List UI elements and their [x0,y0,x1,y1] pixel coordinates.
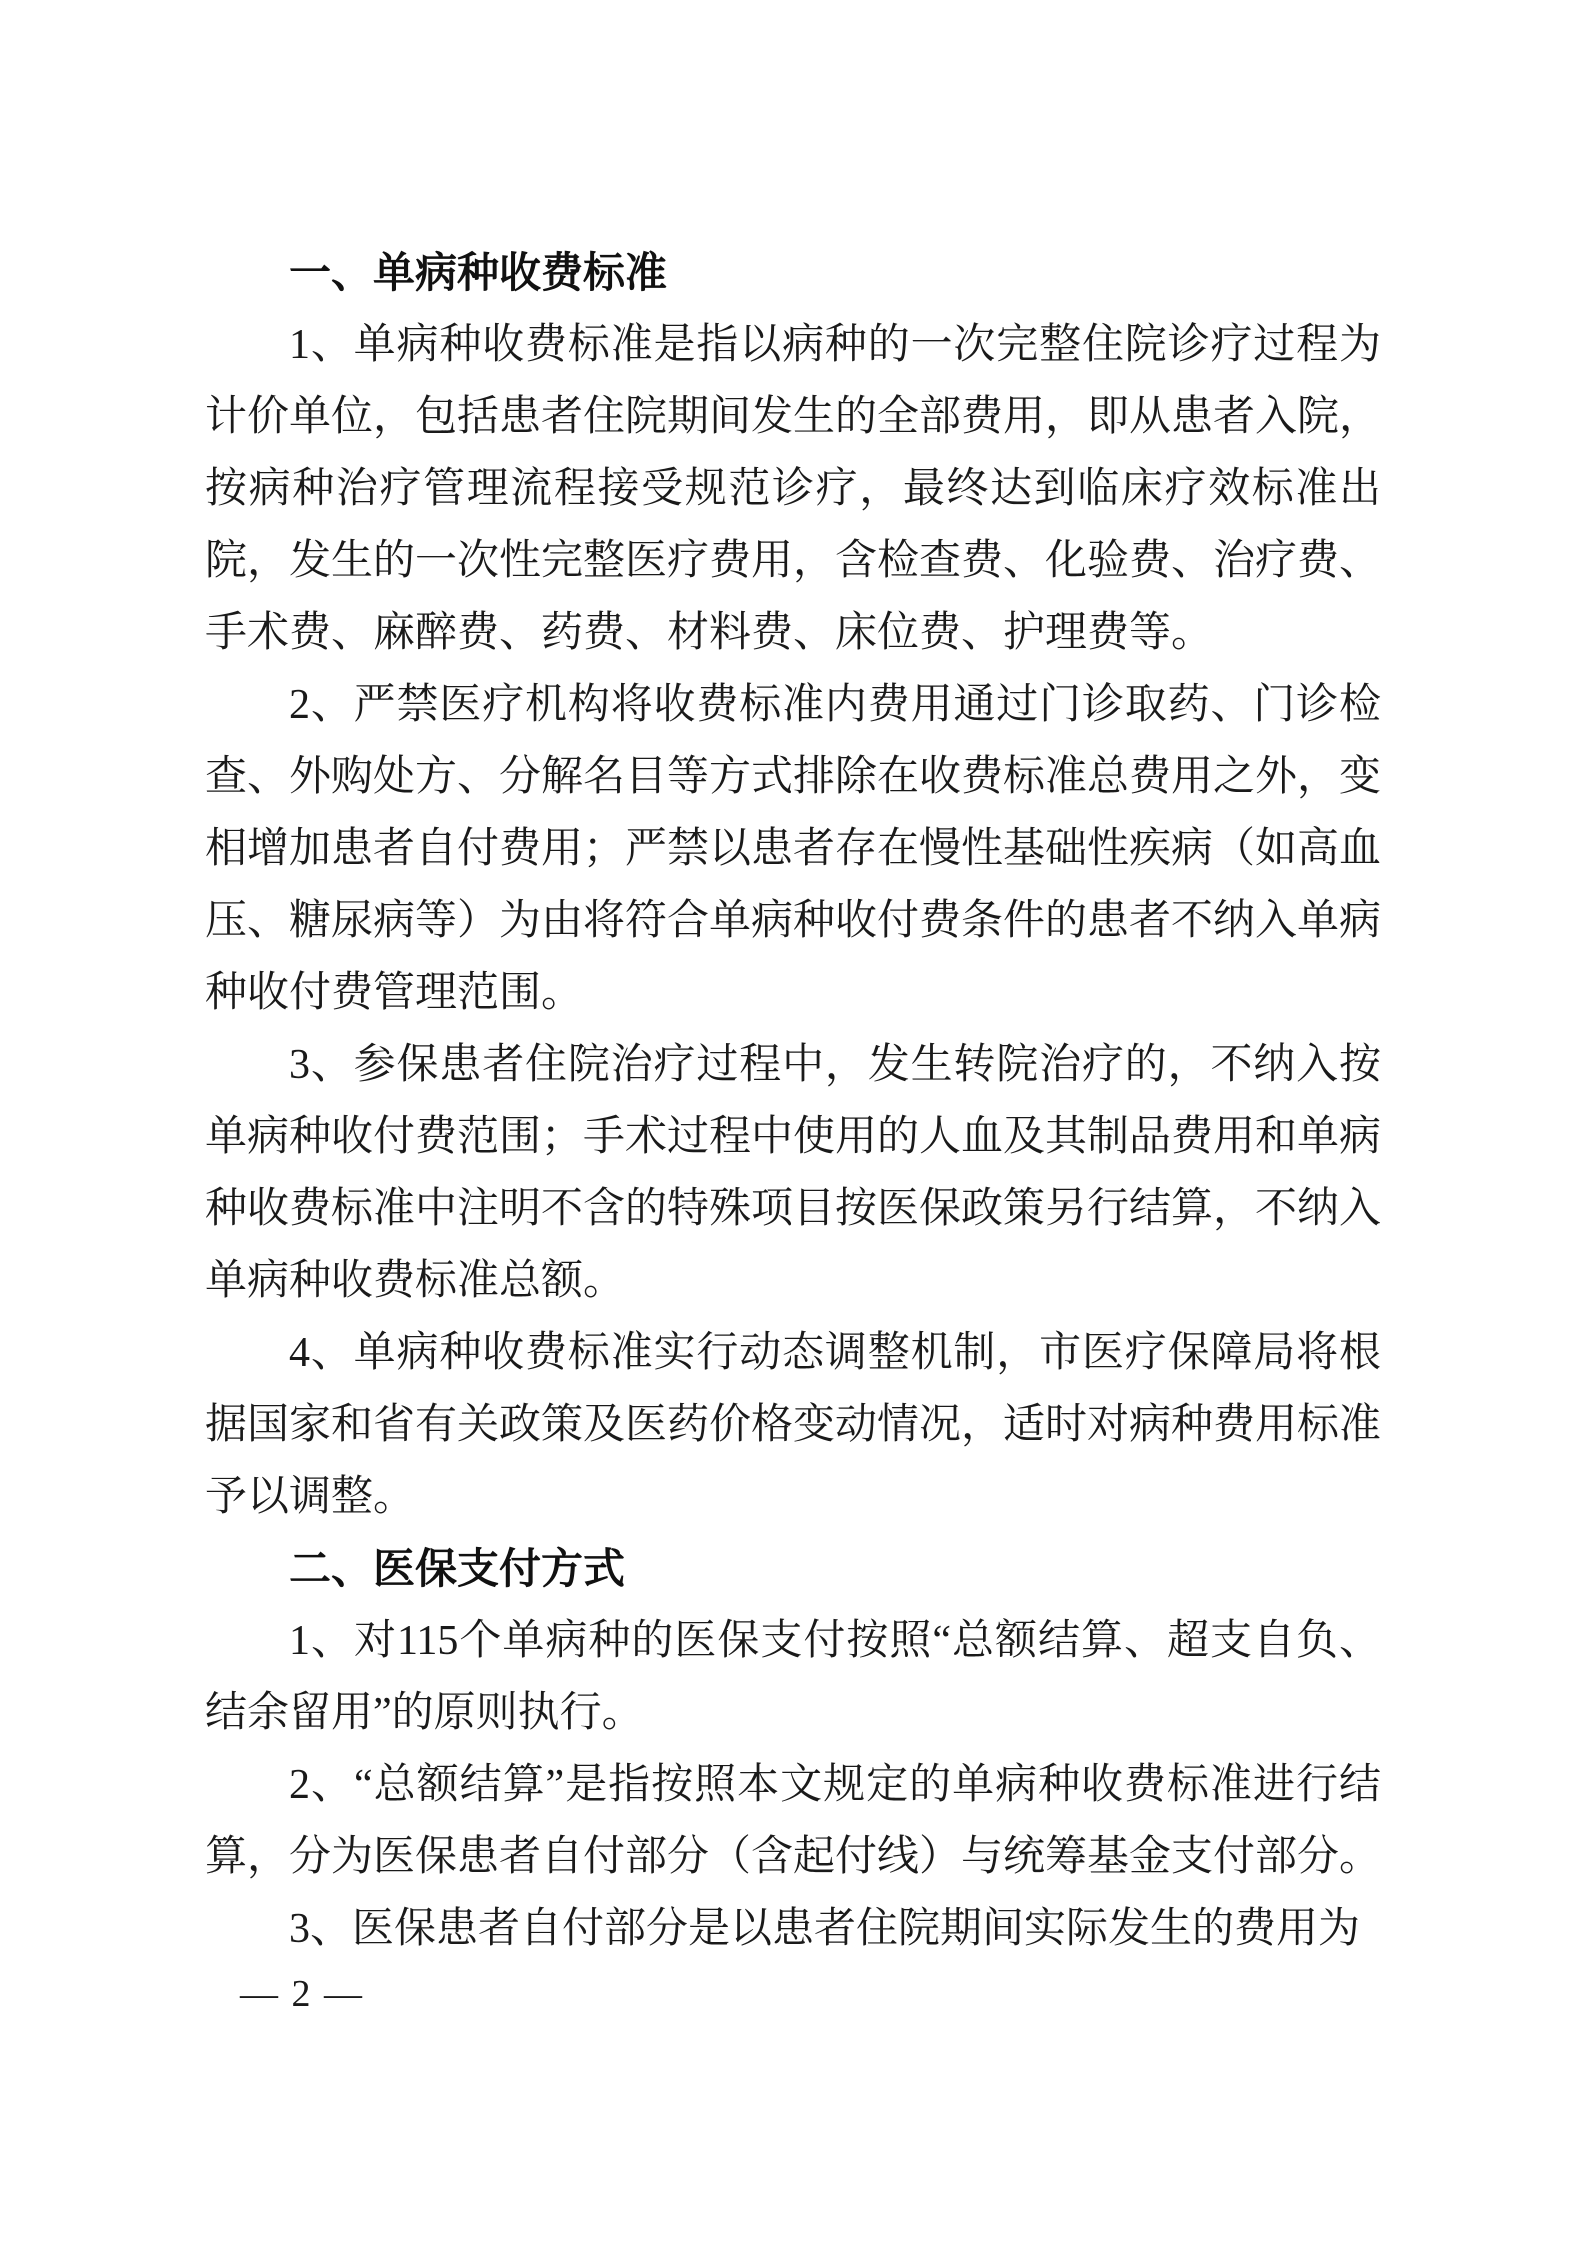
paragraph: 2、严禁医疗机构将收费标准内费用通过门诊取药、门诊检查、外购处方、分解名目等方式… [205,669,1381,1029]
section-single-disease-fee-standard: 一、单病种收费标准 1、单病种收费标准是指以病种的一次完整住院诊疗过程为计价单位… [205,237,1381,1533]
paragraph: 3、医保患者自付部分是以患者住院期间实际发生的费用为 [205,1893,1381,1965]
paragraph: 1、对115个单病种的医保支付按照“总额结算、超支自负、结余留用”的原则执行。 [205,1605,1381,1749]
document-body: 一、单病种收费标准 1、单病种收费标准是指以病种的一次完整住院诊疗过程为计价单位… [205,237,1381,1965]
paragraph: 3、参保患者住院治疗过程中，发生转院治疗的，不纳入按单病种收付费范围；手术过程中… [205,1029,1381,1317]
section-heading: 二、医保支付方式 [205,1533,1381,1605]
paragraph: 2、“总额结算”是指按照本文规定的单病种收费标准进行结算，分为医保患者自付部分（… [205,1749,1381,1893]
section-heading: 一、单病种收费标准 [205,237,1381,309]
paragraph: 4、单病种收费标准实行动态调整机制，市医疗保障局将根据国家和省有关政策及医药价格… [205,1317,1381,1533]
document-page: 一、单病种收费标准 1、单病种收费标准是指以病种的一次完整住院诊疗过程为计价单位… [0,0,1587,2245]
page-number: — 2 — [240,1972,364,2016]
paragraph: 1、单病种收费标准是指以病种的一次完整住院诊疗过程为计价单位，包括患者住院期间发… [205,309,1381,669]
section-medical-insurance-payment: 二、医保支付方式 1、对115个单病种的医保支付按照“总额结算、超支自负、结余留… [205,1533,1381,1965]
